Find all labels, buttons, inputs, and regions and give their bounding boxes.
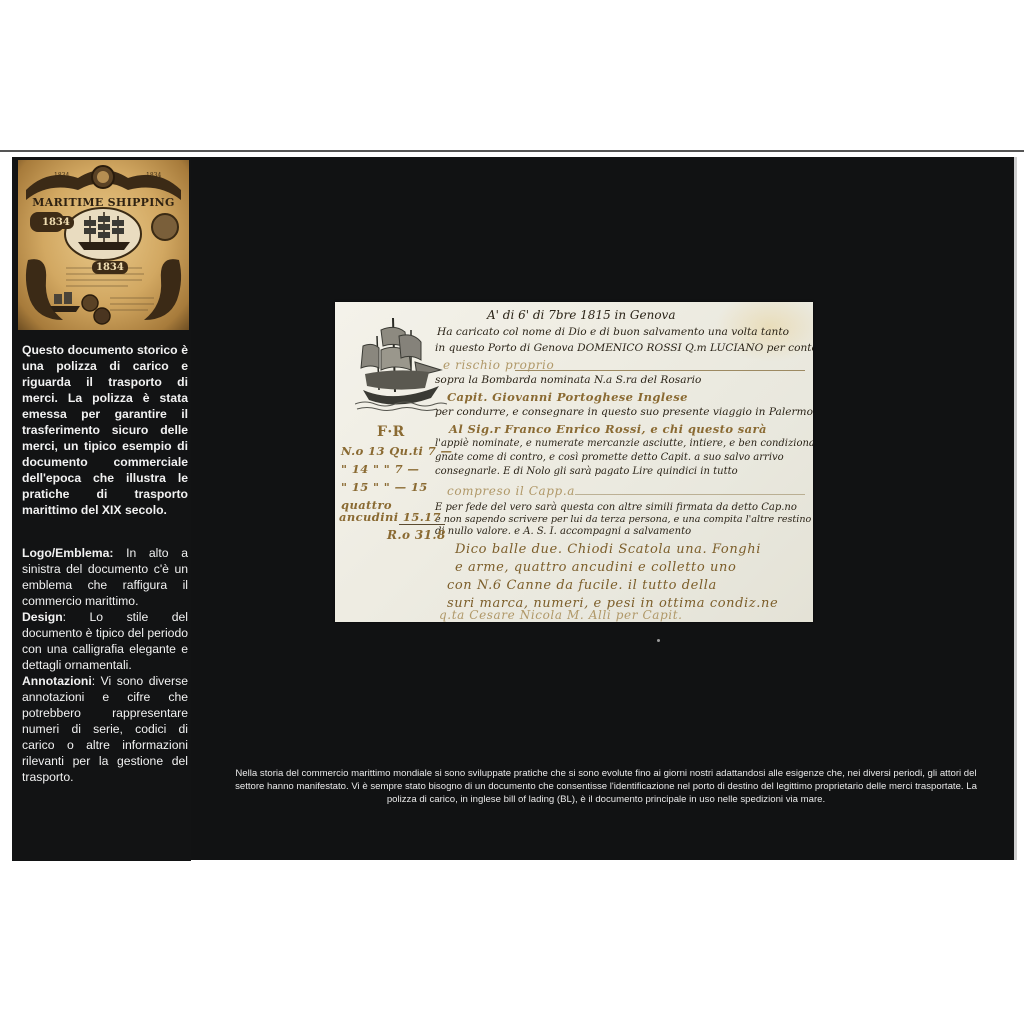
emblem-year: 1834: [92, 261, 128, 274]
merchant-mark: F·R: [377, 424, 405, 440]
emblem-title: MARITIME SHIPPING: [18, 196, 189, 209]
note-annotations: Annotazioni: Vi sono diverse annotazioni…: [22, 673, 188, 785]
doc-header: A' di 6' di 7bre 1815 in Genova: [487, 308, 675, 322]
ship-emblem-icon: [18, 160, 189, 330]
margin-total: R.o 31.8: [387, 528, 446, 542]
emblem-year: 1834: [38, 216, 74, 229]
bill-of-lading-document: A' di 6' di 7bre 1815 in Genova Ha caric…: [335, 302, 813, 622]
top-rule: [0, 150, 1024, 152]
notes-list: Logo/Emblema: In alto a sinistra del doc…: [22, 545, 188, 785]
margin-row: " 14 " " 7 —: [341, 462, 419, 476]
caption-text: Nella storia del commercio marittimo mon…: [226, 767, 986, 806]
margin-row: N.o 13 Qu.ti 7 —: [341, 444, 452, 458]
maritime-shipping-emblem: 1834 1834 MARITIME SHIPPING 1834 1834: [18, 160, 189, 330]
speck: [657, 639, 660, 642]
margin-row: ancudini 15.17: [339, 510, 441, 524]
note-design: Design: Lo stile del documento è tipico …: [22, 609, 188, 673]
intro-description: Questo documento storico è una polizza d…: [22, 342, 188, 518]
note-logo: Logo/Emblema: In alto a sinistra del doc…: [22, 545, 188, 609]
margin-row: " 15 " " — 15: [341, 480, 428, 494]
sailing-ship-icon: [355, 312, 447, 412]
